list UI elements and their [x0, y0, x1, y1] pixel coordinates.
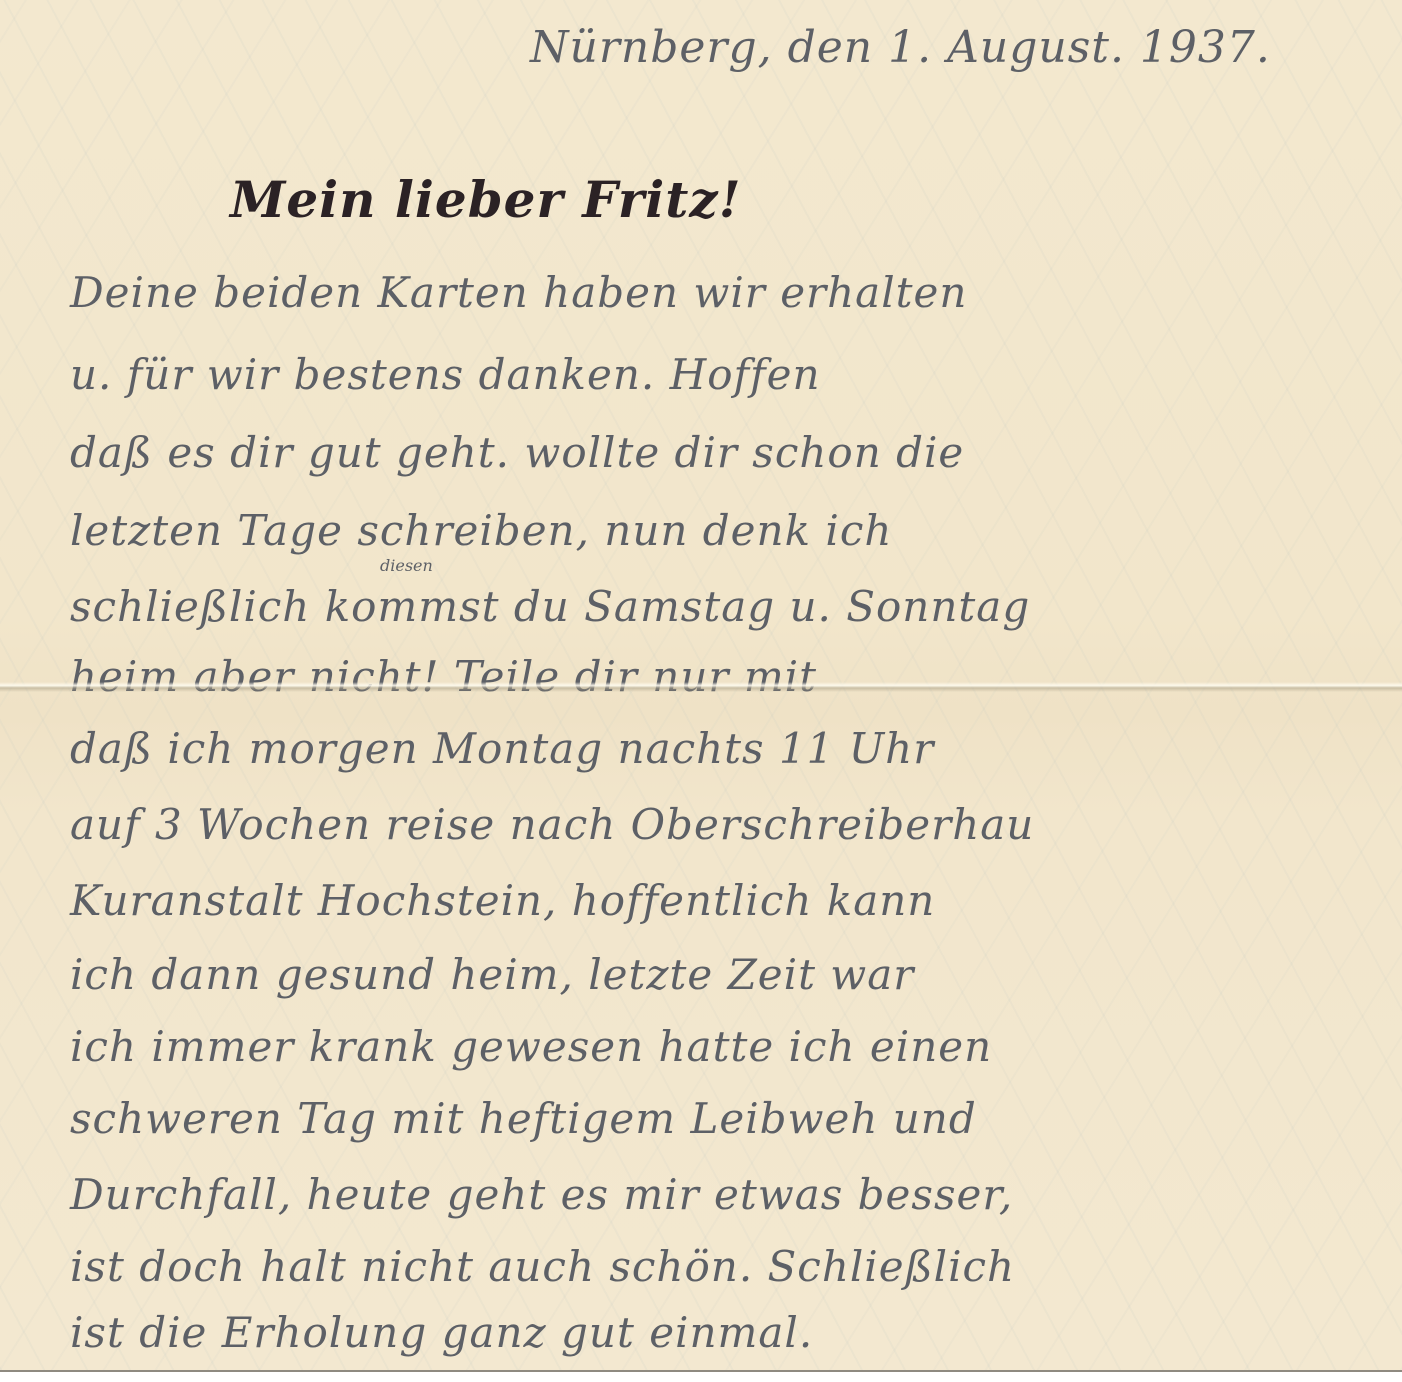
letter-line: daß es dir gut geht. wollte dir schon di… — [70, 428, 964, 477]
letter-page: Nürnberg, den 1. August. 1937. Mein lieb… — [0, 0, 1402, 1370]
interlinear-note: diesen — [380, 556, 433, 575]
letter-line: u. für wir bestens danken. Hoffen — [70, 350, 821, 399]
letter-line: auf 3 Wochen reise nach Oberschreiberhau — [70, 800, 1034, 849]
letter-line: Kuranstalt Hochstein, hoffentlich kann — [70, 876, 935, 925]
letter-line: ich dann gesund heim, letzte Zeit war — [70, 950, 914, 999]
letter-line: ich immer krank gewesen hatte ich einen — [70, 1022, 992, 1071]
paper-fold-crease — [0, 682, 1402, 692]
letter-line: schließlich kommst du Samstag u. Sonntag — [70, 582, 1030, 631]
letter-line: ist die Erholung ganz gut einmal. — [70, 1308, 813, 1357]
dateline: Nürnberg, den 1. August. 1937. — [530, 22, 1271, 73]
letter-line: schweren Tag mit heftigem Leibweh und — [70, 1094, 977, 1143]
letter-line: Deine beiden Karten haben wir erhalten — [70, 268, 967, 317]
letter-line: heim aber nicht! Teile dir nur mit — [70, 652, 817, 701]
letter-line: Durchfall, heute geht es mir etwas besse… — [70, 1170, 1013, 1219]
letter-line: daß ich morgen Montag nachts 11 Uhr — [70, 724, 934, 773]
greeting: Mein lieber Fritz! — [230, 170, 742, 229]
letter-line: ist doch halt nicht auch schön. Schließl… — [70, 1242, 1015, 1291]
scan-bottom-edge — [0, 1370, 1402, 1382]
letter-line: letzten Tage schreiben, nun denk ich — [70, 506, 892, 555]
